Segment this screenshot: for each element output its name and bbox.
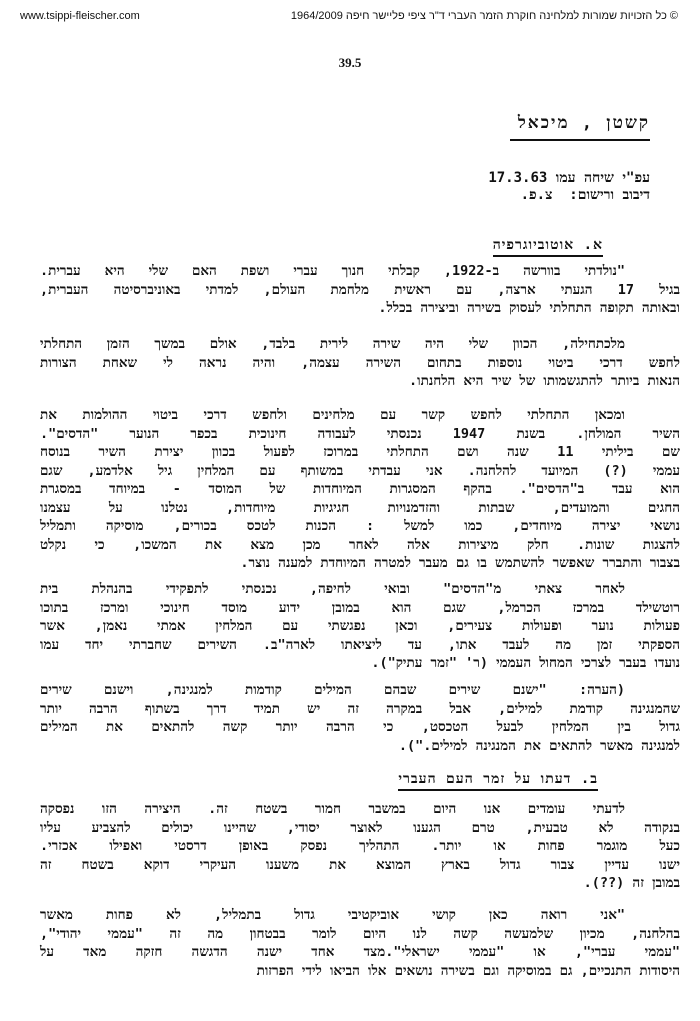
transcription-credit: דיבוב ורישום: צ.פ. (488, 187, 650, 204)
text-line: לחפש דרכי ביטוי נוספות בתחום השירה עצמה,… (40, 354, 680, 373)
text-line: בגיל 17 הגעתי ארצה, עם ראשית מלחמת העולם… (40, 281, 680, 300)
text-line: גדול בין המלחין לבעל הטכסט, כי הרבה יותר… (40, 718, 680, 737)
text-line: לדעתי עומדים אנו היום במשבר חמור בשטח זה… (40, 800, 680, 819)
text-line: פעולות נוער ופעולות צעירים, וכאן נפגשתי … (40, 617, 680, 636)
text-line: מלכתחילה, הכוון שלי היה שירה לירית בלבד,… (40, 335, 680, 354)
text-line: השיר המולחן. בשנת 1947 נכנסתי לעבודה חינ… (40, 425, 680, 444)
text-line: "אני רואה כאן קושי אוביקטיבי גדול בתמליל… (40, 906, 680, 925)
text-line: "עממי עברי", או "עממי ישראלי".מצד אחד יש… (40, 943, 680, 962)
text-line: היסודות התנכיים, גם במוסיקה וגם בשירה נו… (40, 962, 680, 981)
text-line: נושאי יצירה מיוחדים, כמו למשל : הכנות לט… (40, 517, 680, 536)
page-number: 39.5 (0, 55, 700, 71)
text-line: במובן זה (??). (40, 874, 680, 893)
text-line: להצגות שונות. חלק מיצירות אלה לאחר מכן מ… (40, 536, 680, 555)
paragraph: מלכתחילה, הכוון שלי היה שירה לירית בלבד,… (40, 335, 680, 391)
page-title: קשטן , מיכאל (510, 113, 650, 141)
text-line: "נולדתי בוורשה ב-1922, קבלתי חנוך עברי ו… (40, 262, 680, 281)
text-line: נועדו בעבר לצרכי המחול העממי (ר' "זמר עת… (40, 654, 680, 673)
text-line: ישנו עדיין צבור גדול בארץ המוצא את משענו… (40, 856, 680, 875)
text-line: הנאות ביותר להתגשמותו של שיר היא הלחנתו. (40, 372, 680, 391)
text-line: לאחר צאתי מ"הדסים" ובואי לחיפה, נכנסתי ל… (40, 580, 680, 599)
section-heading-folk-song-opinion: ב. דעתו על זמר העם העברי (398, 771, 598, 791)
text-line: ובאותה תקופה התחלתי לעסוק בשירה וביצירה … (40, 299, 680, 318)
note-paragraph: (הערה: "ישנם שירים שבהם המילים קודמות למ… (40, 681, 680, 755)
text-line: שם ביליתי 11 שנה ושם התחלתי במרוכז לפעול… (40, 443, 680, 462)
text-line: (הערה: "ישנם שירים שבהם המילים קודמות למ… (40, 681, 680, 700)
text-line: הספקתי זמן מה לעבד אתו, עד ליציאתו לארה"… (40, 636, 680, 655)
text-line: למנגינה מאשר להתאים את המנגינה למילים.")… (40, 737, 680, 756)
text-line: כעל מוגמר פחות או יותר. התהליך נפסק באופ… (40, 837, 680, 856)
text-line: שהמנגינה קודמת למילים, אבל במקרה זה יש ת… (40, 700, 680, 719)
text-line: החגים והמועדים, שבתות והזדמנויות חגיגיות… (40, 499, 680, 518)
paragraph: לאחר צאתי מ"הדסים" ובואי לחיפה, נכנסתי ל… (40, 580, 680, 673)
text-line: עממי (?) המיועד להלחנה. אני עבדתי במשותף… (40, 462, 680, 481)
text-line: בהלחנה, מכיון שלמעשה קשה לנו היום לומר ב… (40, 925, 680, 944)
copyright-notice: © כל הזכויות שמורות למלחינה חוקרת הזמר ה… (291, 10, 678, 22)
paragraph: לדעתי עומדים אנו היום במשבר חמור בשטח זה… (40, 800, 680, 893)
site-url-link[interactable]: www.tsippi-fleischer.com (20, 10, 140, 22)
text-line: ומכאן התחלתי לחפש קשר עם מלחינים ולחפש ד… (40, 406, 680, 425)
text-line: בצבור והתברר שאפשר להשתמש בו גם מעבר למט… (40, 554, 680, 573)
text-line: בנקודה לא טבעית, טרם הגענו לאוצר יסודי, … (40, 819, 680, 838)
interview-date: עפ"י שיחה עמו 17.3.63 (488, 170, 650, 187)
paragraph: "נולדתי בוורשה ב-1922, קבלתי חנוך עברי ו… (40, 262, 680, 318)
section-heading-autobiography: א. אוטוביוגרפיה (493, 237, 603, 257)
interview-meta: עפ"י שיחה עמו 17.3.63 דיבוב ורישום: צ.פ. (488, 170, 650, 204)
page-header: www.tsippi-fleischer.com © כל הזכויות שמ… (0, 10, 700, 26)
text-line: הוא עבד ב"הדסים". בהקף המסגרות המיוחדות … (40, 480, 680, 499)
text-line: רוטשילד במרכז הכרמל, שגם הוא במובן ידוע … (40, 599, 680, 618)
paragraph: "אני רואה כאן קושי אוביקטיבי גדול בתמליל… (40, 906, 680, 980)
paragraph: ומכאן התחלתי לחפש קשר עם מלחינים ולחפש ד… (40, 406, 680, 573)
